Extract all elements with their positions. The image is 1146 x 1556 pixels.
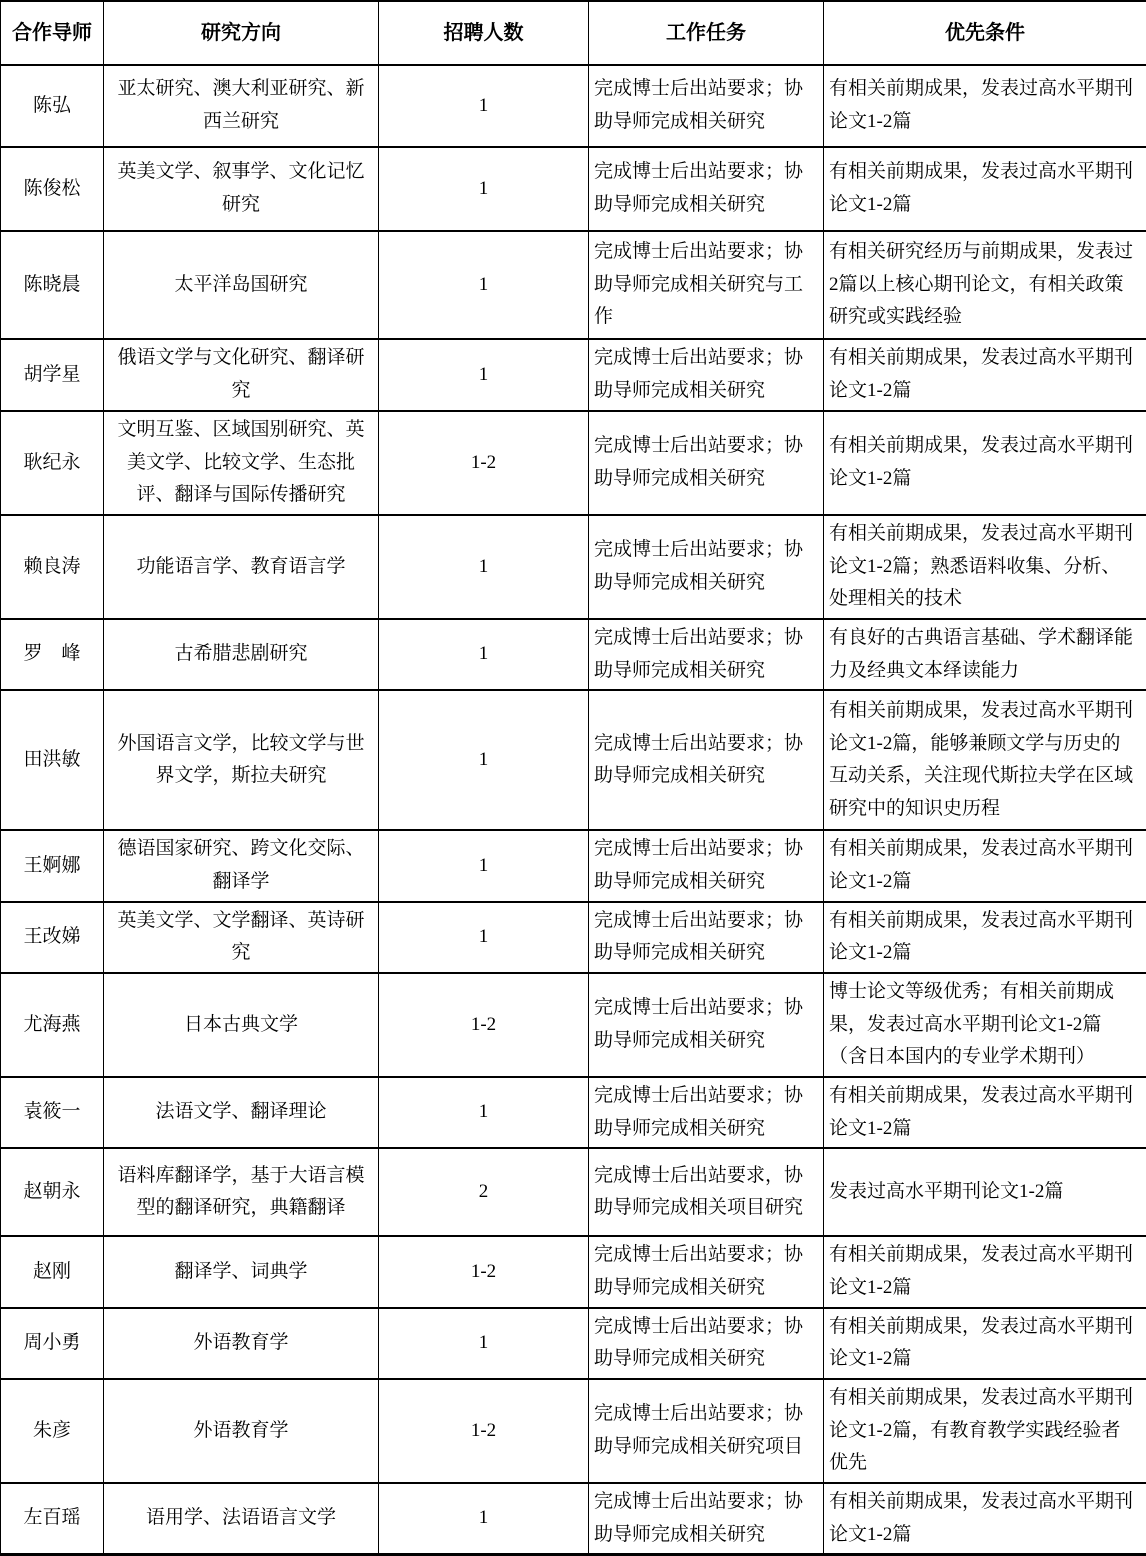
priority-cell: 有相关前期成果，发表过高水平期刊论文1-2篇 (824, 65, 1146, 147)
count-cell: 1 (379, 231, 589, 339)
priority-cell: 有相关前期成果，发表过高水平期刊论文1-2篇；熟悉语料收集、分析、处理相关的技术 (824, 515, 1146, 619)
direction-cell: 功能语言学、教育语言学 (104, 515, 379, 619)
count-cell: 1 (379, 1308, 589, 1379)
task-cell: 完成博士后出站要求，协助导师完成相关项目研究 (589, 1148, 824, 1236)
priority-cell: 有相关前期成果，发表过高水平期刊论文1-2篇，能够兼顾文学与历史的互动关系，关注… (824, 690, 1146, 830)
count-cell: 1-2 (379, 1379, 589, 1483)
table-row: 袁筱一 法语文学、翻译理论 1 完成博士后出站要求；协助导师完成相关研究 有相关… (1, 1077, 1146, 1148)
task-cell: 完成博士后出站要求；协助导师完成相关研究 (589, 1483, 824, 1555)
mentor-cell: 赵朝永 (1, 1148, 104, 1236)
count-cell: 1 (379, 147, 589, 231)
priority-cell: 有相关前期成果，发表过高水平期刊论文1-2篇 (824, 147, 1146, 231)
task-cell: 完成博士后出站要求；协助导师完成相关研究 (589, 973, 824, 1077)
table-row: 王改娣 英美文学、文学翻译、英诗研究 1 完成博士后出站要求；协助导师完成相关研… (1, 902, 1146, 973)
direction-cell: 语料库翻译学，基于大语言模型的翻译研究，典籍翻译 (104, 1148, 379, 1236)
count-cell: 1 (379, 1077, 589, 1148)
mentor-cell: 袁筱一 (1, 1077, 104, 1148)
priority-cell: 有相关前期成果，发表过高水平期刊论文1-2篇 (824, 339, 1146, 411)
mentor-cell: 田洪敏 (1, 690, 104, 830)
header-cell-count: 招聘人数 (379, 1, 589, 65)
count-cell: 1 (379, 690, 589, 830)
count-cell: 1-2 (379, 973, 589, 1077)
header-cell-task: 工作任务 (589, 1, 824, 65)
task-cell: 完成博士后出站要求；协助导师完成相关研究 (589, 902, 824, 973)
header-cell-direction: 研究方向 (104, 1, 379, 65)
direction-cell: 外国语言文学，比较文学与世界文学，斯拉夫研究 (104, 690, 379, 830)
direction-cell: 俄语文学与文化研究、翻译研究 (104, 339, 379, 411)
count-cell: 1-2 (379, 411, 589, 515)
task-cell: 完成博士后出站要求；协助导师完成相关研究 (589, 147, 824, 231)
direction-cell: 文明互鉴、区域国别研究、英美文学、比较文学、生态批评、翻译与国际传播研究 (104, 411, 379, 515)
direction-cell: 语用学、法语语言文学 (104, 1483, 379, 1555)
task-cell: 完成博士后出站要求；协助导师完成相关研究 (589, 339, 824, 411)
mentor-cell: 赵刚 (1, 1236, 104, 1307)
direction-cell: 外语教育学 (104, 1379, 379, 1483)
header-cell-priority: 优先条件 (824, 1, 1146, 65)
header-row: 合作导师 研究方向 招聘人数 工作任务 优先条件 (1, 1, 1146, 65)
priority-cell: 有相关前期成果，发表过高水平期刊论文1-2篇 (824, 1308, 1146, 1379)
table-row: 田洪敏 外国语言文学，比较文学与世界文学，斯拉夫研究 1 完成博士后出站要求；协… (1, 690, 1146, 830)
direction-cell: 古希腊悲剧研究 (104, 619, 379, 690)
direction-cell: 日本古典文学 (104, 973, 379, 1077)
mentor-cell: 王婀娜 (1, 830, 104, 901)
direction-cell: 亚太研究、澳大利亚研究、新西兰研究 (104, 65, 379, 147)
priority-cell: 有相关前期成果，发表过高水平期刊论文1-2篇 (824, 411, 1146, 515)
count-cell: 1 (379, 830, 589, 901)
task-cell: 完成博士后出站要求；协助导师完成相关研究 (589, 830, 824, 901)
mentor-cell: 胡学星 (1, 339, 104, 411)
count-cell: 1 (379, 1483, 589, 1555)
table-row: 陈俊松 英美文学、叙事学、文化记忆研究 1 完成博士后出站要求；协助导师完成相关… (1, 147, 1146, 231)
table-row: 陈弘 亚太研究、澳大利亚研究、新西兰研究 1 完成博士后出站要求；协助导师完成相… (1, 65, 1146, 147)
direction-cell: 英美文学、文学翻译、英诗研究 (104, 902, 379, 973)
mentor-cell: 左百瑶 (1, 1483, 104, 1555)
mentor-recruitment-table: 合作导师 研究方向 招聘人数 工作任务 优先条件 陈弘 亚太研究、澳大利亚研究、… (0, 0, 1146, 1556)
priority-cell: 有相关前期成果，发表过高水平期刊论文1-2篇 (824, 902, 1146, 973)
priority-cell: 有良好的古典语言基础、学术翻译能力及经典文本绎读能力 (824, 619, 1146, 690)
table-row: 赵刚 翻译学、词典学 1-2 完成博士后出站要求；协助导师完成相关研究 有相关前… (1, 1236, 1146, 1307)
priority-cell: 博士论文等级优秀；有相关前期成果，发表过高水平期刊论文1-2篇（含日本国内的专业… (824, 973, 1146, 1077)
mentor-cell: 赖良涛 (1, 515, 104, 619)
table-row: 耿纪永 文明互鉴、区域国别研究、英美文学、比较文学、生态批评、翻译与国际传播研究… (1, 411, 1146, 515)
direction-cell: 翻译学、词典学 (104, 1236, 379, 1307)
mentor-cell: 耿纪永 (1, 411, 104, 515)
count-cell: 1-2 (379, 1236, 589, 1307)
mentor-cell: 陈晓晨 (1, 231, 104, 339)
direction-cell: 法语文学、翻译理论 (104, 1077, 379, 1148)
priority-cell: 有相关前期成果，发表过高水平期刊论文1-2篇 (824, 1483, 1146, 1555)
direction-cell: 德语国家研究、跨文化交际、翻译学 (104, 830, 379, 901)
task-cell: 完成博士后出站要求；协助导师完成相关研究与工作 (589, 231, 824, 339)
mentor-cell: 朱彦 (1, 1379, 104, 1483)
table-row: 王婀娜 德语国家研究、跨文化交际、翻译学 1 完成博士后出站要求；协助导师完成相… (1, 830, 1146, 901)
priority-cell: 有相关前期成果，发表过高水平期刊论文1-2篇 (824, 830, 1146, 901)
mentor-cell: 陈俊松 (1, 147, 104, 231)
table-row: 尤海燕 日本古典文学 1-2 完成博士后出站要求；协助导师完成相关研究 博士论文… (1, 973, 1146, 1077)
count-cell: 1 (379, 339, 589, 411)
table-row: 赖良涛 功能语言学、教育语言学 1 完成博士后出站要求；协助导师完成相关研究 有… (1, 515, 1146, 619)
count-cell: 1 (379, 515, 589, 619)
count-cell: 1 (379, 65, 589, 147)
task-cell: 完成博士后出站要求；协助导师完成相关研究 (589, 690, 824, 830)
count-cell: 1 (379, 619, 589, 690)
count-cell: 2 (379, 1148, 589, 1236)
table-row: 罗 峰 古希腊悲剧研究 1 完成博士后出站要求；协助导师完成相关研究 有良好的古… (1, 619, 1146, 690)
table-row: 周小勇 外语教育学 1 完成博士后出站要求；协助导师完成相关研究 有相关前期成果… (1, 1308, 1146, 1379)
priority-cell: 有相关前期成果，发表过高水平期刊论文1-2篇 (824, 1077, 1146, 1148)
task-cell: 完成博士后出站要求；协助导师完成相关研究项目 (589, 1379, 824, 1483)
header-cell-mentor: 合作导师 (1, 1, 104, 65)
priority-cell: 发表过高水平期刊论文1-2篇 (824, 1148, 1146, 1236)
count-cell: 1 (379, 902, 589, 973)
task-cell: 完成博士后出站要求；协助导师完成相关研究 (589, 619, 824, 690)
task-cell: 完成博士后出站要求；协助导师完成相关研究 (589, 65, 824, 147)
table-row: 朱彦 外语教育学 1-2 完成博士后出站要求；协助导师完成相关研究项目 有相关前… (1, 1379, 1146, 1483)
task-cell: 完成博士后出站要求；协助导师完成相关研究 (589, 1236, 824, 1307)
table-row: 左百瑶 语用学、法语语言文学 1 完成博士后出站要求；协助导师完成相关研究 有相… (1, 1483, 1146, 1555)
table-row: 赵朝永 语料库翻译学，基于大语言模型的翻译研究，典籍翻译 2 完成博士后出站要求… (1, 1148, 1146, 1236)
task-cell: 完成博士后出站要求；协助导师完成相关研究 (589, 515, 824, 619)
priority-cell: 有相关研究经历与前期成果，发表过2篇以上核心期刊论文，有相关政策研究或实践经验 (824, 231, 1146, 339)
mentor-cell: 周小勇 (1, 1308, 104, 1379)
direction-cell: 英美文学、叙事学、文化记忆研究 (104, 147, 379, 231)
mentor-cell: 王改娣 (1, 902, 104, 973)
mentor-cell: 陈弘 (1, 65, 104, 147)
direction-cell: 外语教育学 (104, 1308, 379, 1379)
task-cell: 完成博士后出站要求；协助导师完成相关研究 (589, 1308, 824, 1379)
priority-cell: 有相关前期成果，发表过高水平期刊论文1-2篇 (824, 1236, 1146, 1307)
task-cell: 完成博士后出站要求；协助导师完成相关研究 (589, 1077, 824, 1148)
table-row: 胡学星 俄语文学与文化研究、翻译研究 1 完成博士后出站要求；协助导师完成相关研… (1, 339, 1146, 411)
mentor-cell: 尤海燕 (1, 973, 104, 1077)
table-row: 陈晓晨 太平洋岛国研究 1 完成博士后出站要求；协助导师完成相关研究与工作 有相… (1, 231, 1146, 339)
mentor-cell: 罗 峰 (1, 619, 104, 690)
direction-cell: 太平洋岛国研究 (104, 231, 379, 339)
task-cell: 完成博士后出站要求；协助导师完成相关研究 (589, 411, 824, 515)
priority-cell: 有相关前期成果，发表过高水平期刊论文1-2篇，有教育教学实践经验者优先 (824, 1379, 1146, 1483)
